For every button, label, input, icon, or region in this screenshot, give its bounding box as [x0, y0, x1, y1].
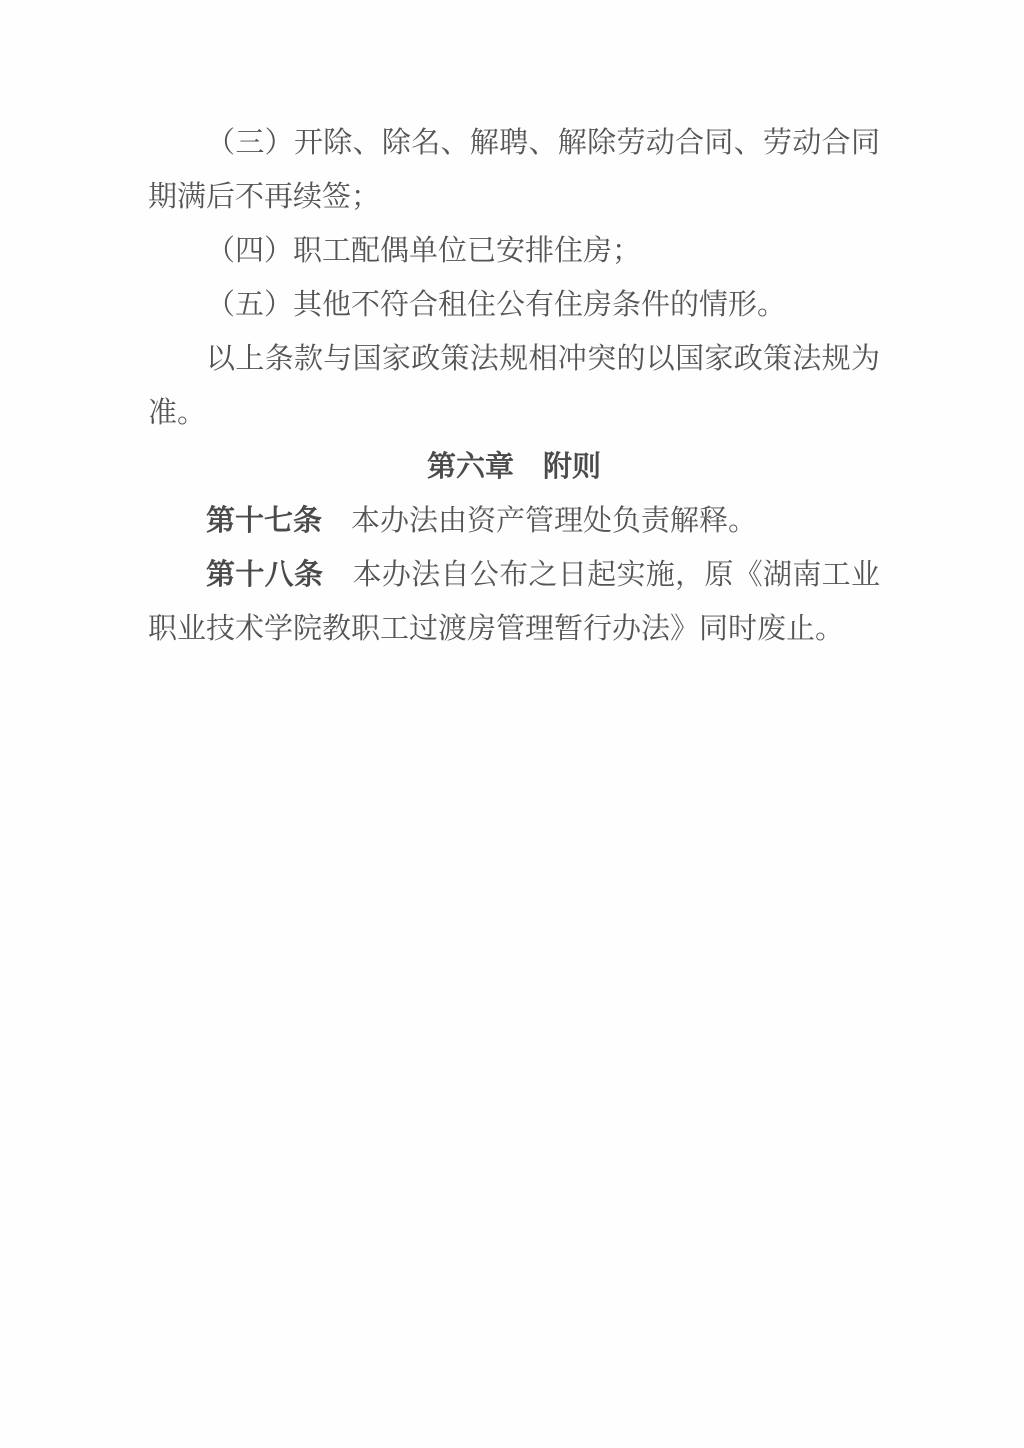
paragraph: 第十八条 本办法自公布之日起实施，原《湖南工业职业技术学院教职工过渡房管理暂行办…: [148, 548, 880, 656]
paragraph: （四）职工配偶单位已安排住房；: [148, 224, 880, 278]
paragraph-text: （三）开除、除名、解聘、解除劳动合同、劳动合同期满后不再续签；: [148, 127, 880, 213]
paragraph-text: 以上条款与国家政策法规相冲突的以国家政策法规为准。: [148, 343, 880, 429]
paragraph: （三）开除、除名、解聘、解除劳动合同、劳动合同期满后不再续签；: [148, 116, 880, 224]
chapter-heading: 第六章 附则: [148, 440, 880, 494]
document-body: （三）开除、除名、解聘、解除劳动合同、劳动合同期满后不再续签；（四）职工配偶单位…: [148, 116, 880, 656]
paragraph-text: 本办法由资产管理处负责解释。: [322, 505, 757, 537]
paragraph: 以上条款与国家政策法规相冲突的以国家政策法规为准。: [148, 332, 880, 440]
document-page: （三）开除、除名、解聘、解除劳动合同、劳动合同期满后不再续签；（四）职工配偶单位…: [0, 0, 1024, 1448]
paragraph-text: （四）职工配偶单位已安排住房；: [206, 235, 641, 267]
paragraph-text-bold: 第六章 附则: [427, 451, 601, 483]
paragraph-text-bold: 第十八条: [206, 559, 323, 591]
paragraph: （五）其他不符合租住公有住房条件的情形。: [148, 278, 880, 332]
paragraph-text-bold: 第十七条: [206, 505, 322, 537]
paragraph-text: （五）其他不符合租住公有住房条件的情形。: [206, 289, 786, 321]
paragraph: 第十七条 本办法由资产管理处负责解释。: [148, 494, 880, 548]
